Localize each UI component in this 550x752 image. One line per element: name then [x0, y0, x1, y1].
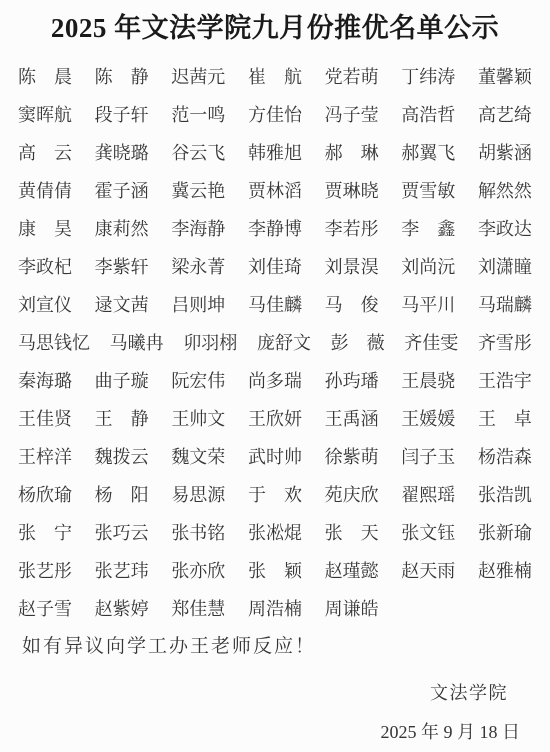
name-cell: 逯文茜 — [95, 291, 149, 317]
name-cell: 郑佳慧 — [171, 595, 225, 621]
name-cell: 陈 晨 — [18, 63, 72, 89]
name-cell: 王媛媛 — [401, 405, 455, 431]
name-cell: 高浩哲 — [401, 101, 455, 127]
name-cell: 赵子雪 — [18, 595, 72, 621]
name-row: 黄倩倩霍子涵冀云艳贾林滔贾琳晓贾雪敏解然然 — [18, 171, 532, 209]
name-cell: 齐佳雯 — [404, 329, 458, 355]
name-cell: 张凇焜 — [248, 519, 302, 545]
name-cell: 梁永菁 — [171, 253, 225, 279]
name-cell: 卯羽栩 — [183, 329, 237, 355]
name-cell: 张艺玮 — [95, 557, 149, 583]
announcement-document: 2025 年文法学院九月份推优名单公示 陈 晨陈 静迟茜元崔 航党若萌丁纬涛董馨… — [0, 0, 550, 752]
name-cell: 张浩凯 — [478, 481, 532, 507]
name-cell: 冀云艳 — [171, 177, 225, 203]
name-cell: 马瑞麟 — [478, 291, 532, 317]
name-cell: 窦晖航 — [18, 101, 72, 127]
name-cell: 高 云 — [18, 139, 72, 165]
name-cell: 苑庆欣 — [325, 481, 379, 507]
name-cell: 孙玙璠 — [325, 367, 379, 393]
name-cell: 胡紫涵 — [478, 139, 532, 165]
name-cell: 冯子莹 — [325, 101, 379, 127]
name-cell: 刘尚沅 — [401, 253, 455, 279]
name-cell: 张 颖 — [248, 557, 302, 583]
name-cell: 刘宣仪 — [18, 291, 72, 317]
name-cell: 王 静 — [95, 405, 149, 431]
name-cell: 张巧云 — [95, 519, 149, 545]
name-cell: 王梓洋 — [18, 443, 72, 469]
name-cell: 王 卓 — [478, 405, 532, 431]
name-cell: 庞舒文 — [257, 329, 311, 355]
name-cell: 易思源 — [171, 481, 225, 507]
name-cell: 马 俊 — [325, 291, 379, 317]
name-row: 康 昊康莉然李海静李静博李若彤李 鑫李政达 — [18, 209, 532, 247]
name-cell: 马曦冉 — [110, 329, 164, 355]
name-cell: 党若萌 — [325, 63, 379, 89]
name-cell: 阮宏伟 — [171, 367, 225, 393]
name-cell: 李政达 — [478, 215, 532, 241]
name-cell: 王浩宇 — [478, 367, 532, 393]
name-cell: 李政杞 — [18, 253, 72, 279]
name-cell: 王禹涵 — [325, 405, 379, 431]
name-cell: 魏拨云 — [95, 443, 149, 469]
signature-unit: 文法学院 — [18, 681, 508, 705]
names-grid: 陈 晨陈 静迟茜元崔 航党若萌丁纬涛董馨颖窦晖航段子轩范一鸣方佳怡冯子莹高浩哲高… — [18, 57, 532, 627]
name-cell: 周浩楠 — [248, 595, 302, 621]
name-cell: 范一鸣 — [171, 101, 225, 127]
name-cell: 杨欣瑜 — [18, 481, 72, 507]
name-cell: 黄倩倩 — [18, 177, 72, 203]
name-cell: 韩雅旭 — [248, 139, 302, 165]
document-title: 2025 年文法学院九月份推优名单公示 — [18, 10, 532, 46]
name-cell: 迟茜元 — [171, 63, 225, 89]
name-cell: 霍子涵 — [95, 177, 149, 203]
name-cell: 张艺彤 — [18, 557, 72, 583]
name-cell: 方佳怡 — [248, 101, 302, 127]
name-row: 陈 晨陈 静迟茜元崔 航党若萌丁纬涛董馨颖 — [18, 57, 532, 95]
name-cell: 解然然 — [478, 177, 532, 203]
name-cell: 杨浩森 — [478, 443, 532, 469]
name-cell: 丁纬涛 — [401, 63, 455, 89]
name-cell: 贾林滔 — [248, 177, 302, 203]
name-row: 张艺彤张艺玮张亦欣张 颖赵瑾懿赵天雨赵雅楠 — [18, 551, 532, 589]
name-cell: 康 昊 — [18, 215, 72, 241]
name-cell: 张文钰 — [401, 519, 455, 545]
name-row: 秦海璐曲子璇阮宏伟尚多瑞孙玙璠王晨骁王浩宇 — [18, 361, 532, 399]
name-cell: 徐紫萌 — [325, 443, 379, 469]
name-cell: 刘景淏 — [325, 253, 379, 279]
name-cell: 马佳麟 — [248, 291, 302, 317]
name-cell: 马平川 — [401, 291, 455, 317]
name-cell: 赵天雨 — [401, 557, 455, 583]
name-cell: 周谦皓 — [325, 595, 379, 621]
name-cell: 陈 静 — [95, 63, 149, 89]
name-cell: 刘佳琦 — [248, 253, 302, 279]
name-cell: 贾琳晓 — [325, 177, 379, 203]
name-row: 刘宣仪逯文茜吕则坤马佳麟马 俊马平川马瑞麟 — [18, 285, 532, 323]
name-cell: 段子轩 — [95, 101, 149, 127]
name-cell: 李 鑫 — [401, 215, 455, 241]
name-row: 张 宁张巧云张书铭张凇焜张 天张文钰张新瑜 — [18, 513, 532, 551]
name-row: 杨欣瑜杨 阳易思源于 欢苑庆欣翟熙瑶张浩凯 — [18, 475, 532, 513]
name-row: 窦晖航段子轩范一鸣方佳怡冯子莹高浩哲高艺绮 — [18, 95, 532, 133]
name-cell: 秦海璐 — [18, 367, 72, 393]
name-cell: 王佳贤 — [18, 405, 72, 431]
name-cell: 崔 航 — [248, 63, 302, 89]
name-cell: 龚晓璐 — [95, 139, 149, 165]
name-cell: 齐雪彤 — [478, 329, 532, 355]
name-cell: 高艺绮 — [478, 101, 532, 127]
name-cell: 王帅文 — [171, 405, 225, 431]
name-row: 李政杞李紫轩梁永菁刘佳琦刘景淏刘尚沅刘潇瞳 — [18, 247, 532, 285]
name-cell: 马思钱忆 — [18, 329, 90, 355]
name-cell: 赵紫婷 — [95, 595, 149, 621]
name-cell: 张 天 — [325, 519, 379, 545]
name-cell: 贾雪敏 — [401, 177, 455, 203]
name-cell: 王欣妍 — [248, 405, 302, 431]
name-row: 赵子雪赵紫婷郑佳慧周浩楠周谦皓 — [18, 589, 532, 627]
name-cell: 张 宁 — [18, 519, 72, 545]
name-cell: 尚多瑞 — [248, 367, 302, 393]
name-cell: 谷云飞 — [171, 139, 225, 165]
name-cell: 吕则坤 — [171, 291, 225, 317]
name-cell: 翟熙瑶 — [401, 481, 455, 507]
objection-note: 如有异议向学工办王老师反应！ — [22, 630, 532, 664]
name-cell: 郝翼飞 — [401, 139, 455, 165]
name-cell: 张书铭 — [171, 519, 225, 545]
name-cell: 张新瑜 — [478, 519, 532, 545]
name-cell: 魏文荣 — [171, 443, 225, 469]
name-cell: 郝 琳 — [325, 139, 379, 165]
name-row: 高 云龚晓璐谷云飞韩雅旭郝 琳郝翼飞胡紫涵 — [18, 133, 532, 171]
name-cell: 彭 薇 — [331, 329, 385, 355]
name-cell: 董馨颖 — [478, 63, 532, 89]
name-cell: 张亦欣 — [171, 557, 225, 583]
name-cell: 闫子玉 — [401, 443, 455, 469]
name-cell: 王晨骁 — [401, 367, 455, 393]
name-cell: 刘潇瞳 — [478, 253, 532, 279]
name-cell: 杨 阳 — [95, 481, 149, 507]
name-cell: 赵瑾懿 — [325, 557, 379, 583]
name-cell: 李静博 — [248, 215, 302, 241]
name-cell: 赵雅楠 — [478, 557, 532, 583]
name-cell: 李若彤 — [325, 215, 379, 241]
name-row: 王佳贤王 静王帅文王欣妍王禹涵王媛媛王 卓 — [18, 399, 532, 437]
name-cell: 曲子璇 — [95, 367, 149, 393]
name-cell: 李紫轩 — [95, 253, 149, 279]
name-row: 王梓洋魏拨云魏文荣武时帅徐紫萌闫子玉杨浩森 — [18, 437, 532, 475]
name-cell: 李海静 — [171, 215, 225, 241]
name-cell: 武时帅 — [248, 443, 302, 469]
name-row: 马思钱忆马曦冉卯羽栩庞舒文彭 薇齐佳雯齐雪彤 — [18, 323, 532, 361]
name-cell: 康莉然 — [95, 215, 149, 241]
document-date: 2025 年 9 月 18 日 — [18, 720, 520, 744]
name-cell: 于 欢 — [248, 481, 302, 507]
